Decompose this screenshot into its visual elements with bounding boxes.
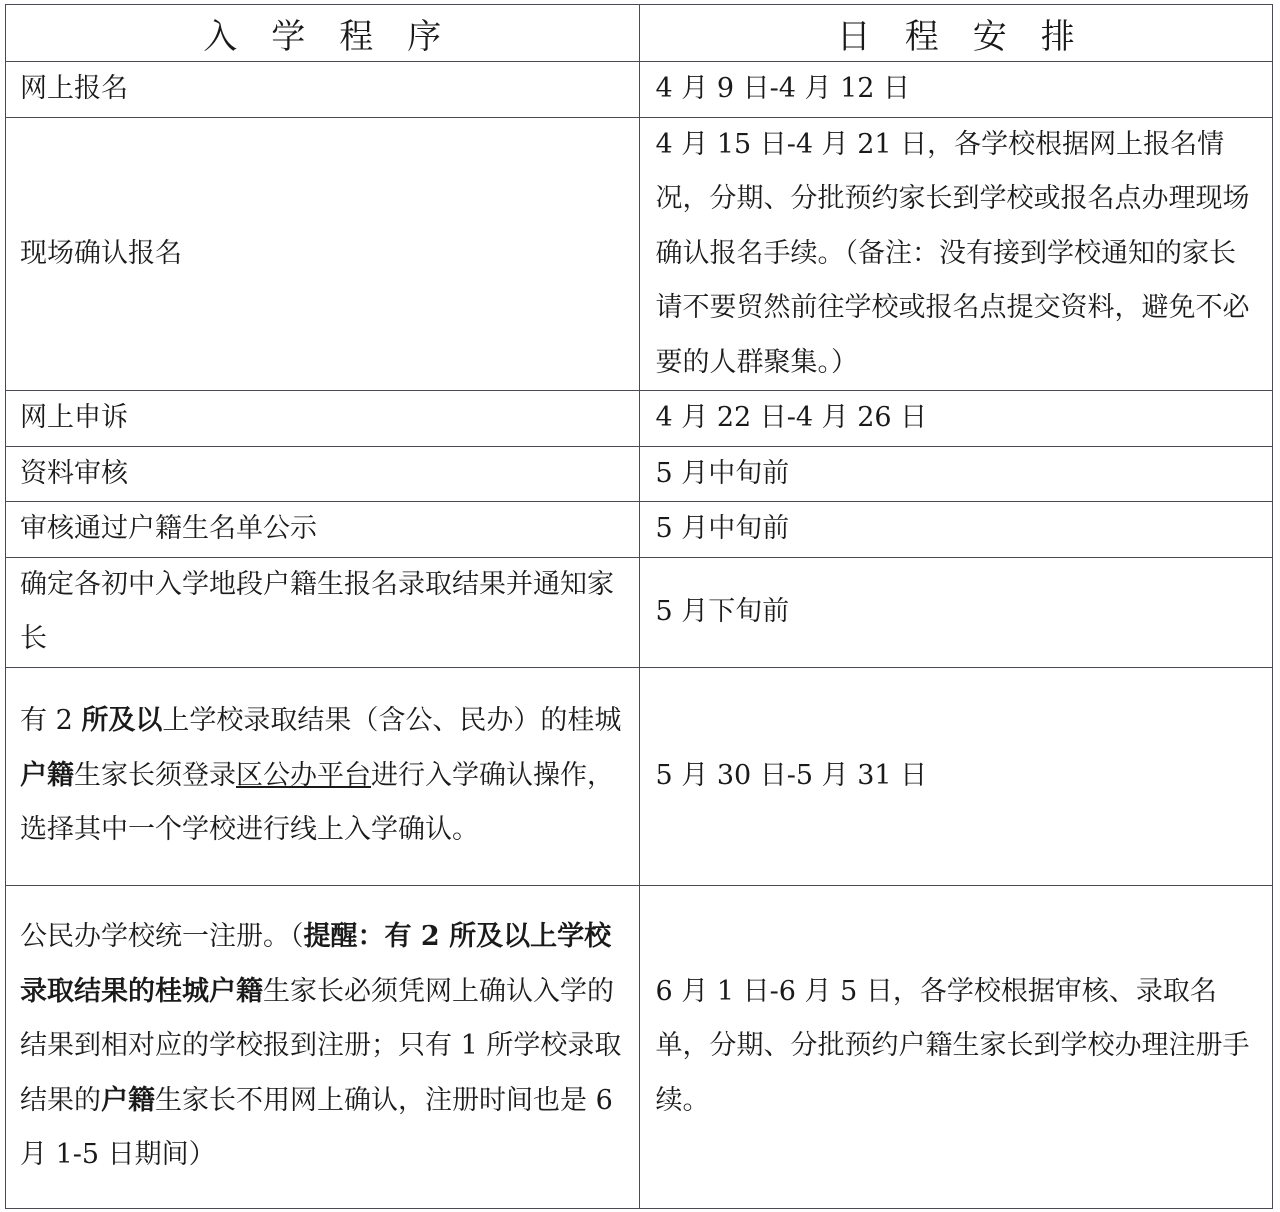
step-cell: 网上报名 [6, 62, 640, 118]
district-platform-link[interactable]: 区公办平台 [236, 760, 371, 791]
table-row: 资料审核 5 月中旬前 [6, 446, 1273, 502]
step-cell: 审核通过户籍生名单公示 [6, 502, 640, 558]
enrollment-schedule-table: 入 学 程 序 日 程 安 排 网上报名 4 月 9 日-4 月 12 日 现场… [5, 4, 1273, 1209]
step-cell: 网上申诉 [6, 391, 640, 447]
header-schedule: 日 程 安 排 [639, 5, 1273, 62]
schedule-cell: 4 月 9 日-4 月 12 日 [639, 62, 1273, 118]
table-row: 有 2 所及以上学校录取结果（含公、民办）的桂城户籍生家长须登录区公办平台进行入… [6, 667, 1273, 885]
schedule-cell: 6 月 1 日-6 月 5 日，各学校根据审核、录取名单，分期、分批预约户籍生家… [639, 885, 1273, 1208]
table-row: 审核通过户籍生名单公示 5 月中旬前 [6, 502, 1273, 558]
step-cell: 确定各初中入学地段户籍生报名录取结果并通知家长 [6, 557, 640, 667]
schedule-cell: 5 月下旬前 [639, 557, 1273, 667]
table-row: 公民办学校统一注册。（提醒：有 2 所及以上学校录取结果的桂城户籍生家长必须凭网… [6, 885, 1273, 1208]
table-row: 确定各初中入学地段户籍生报名录取结果并通知家长 5 月下旬前 [6, 557, 1273, 667]
step-cell: 公民办学校统一注册。（提醒：有 2 所及以上学校录取结果的桂城户籍生家长必须凭网… [6, 885, 640, 1208]
table-row: 网上报名 4 月 9 日-4 月 12 日 [6, 62, 1273, 118]
schedule-cell: 4 月 22 日-4 月 26 日 [639, 391, 1273, 447]
table-row: 网上申诉 4 月 22 日-4 月 26 日 [6, 391, 1273, 447]
step-cell: 有 2 所及以上学校录取结果（含公、民办）的桂城户籍生家长须登录区公办平台进行入… [6, 667, 640, 885]
schedule-cell: 5 月 30 日-5 月 31 日 [639, 667, 1273, 885]
step-cell: 资料审核 [6, 446, 640, 502]
table-row: 现场确认报名 4 月 15 日-4 月 21 日，各学校根据网上报名情况，分期、… [6, 117, 1273, 391]
header-enrollment-procedure: 入 学 程 序 [6, 5, 640, 62]
table-header-row: 入 学 程 序 日 程 安 排 [6, 5, 1273, 62]
schedule-cell: 4 月 15 日-4 月 21 日，各学校根据网上报名情况，分期、分批预约家长到… [639, 117, 1273, 391]
step-cell: 现场确认报名 [6, 117, 640, 391]
schedule-cell: 5 月中旬前 [639, 502, 1273, 558]
schedule-cell: 5 月中旬前 [639, 446, 1273, 502]
